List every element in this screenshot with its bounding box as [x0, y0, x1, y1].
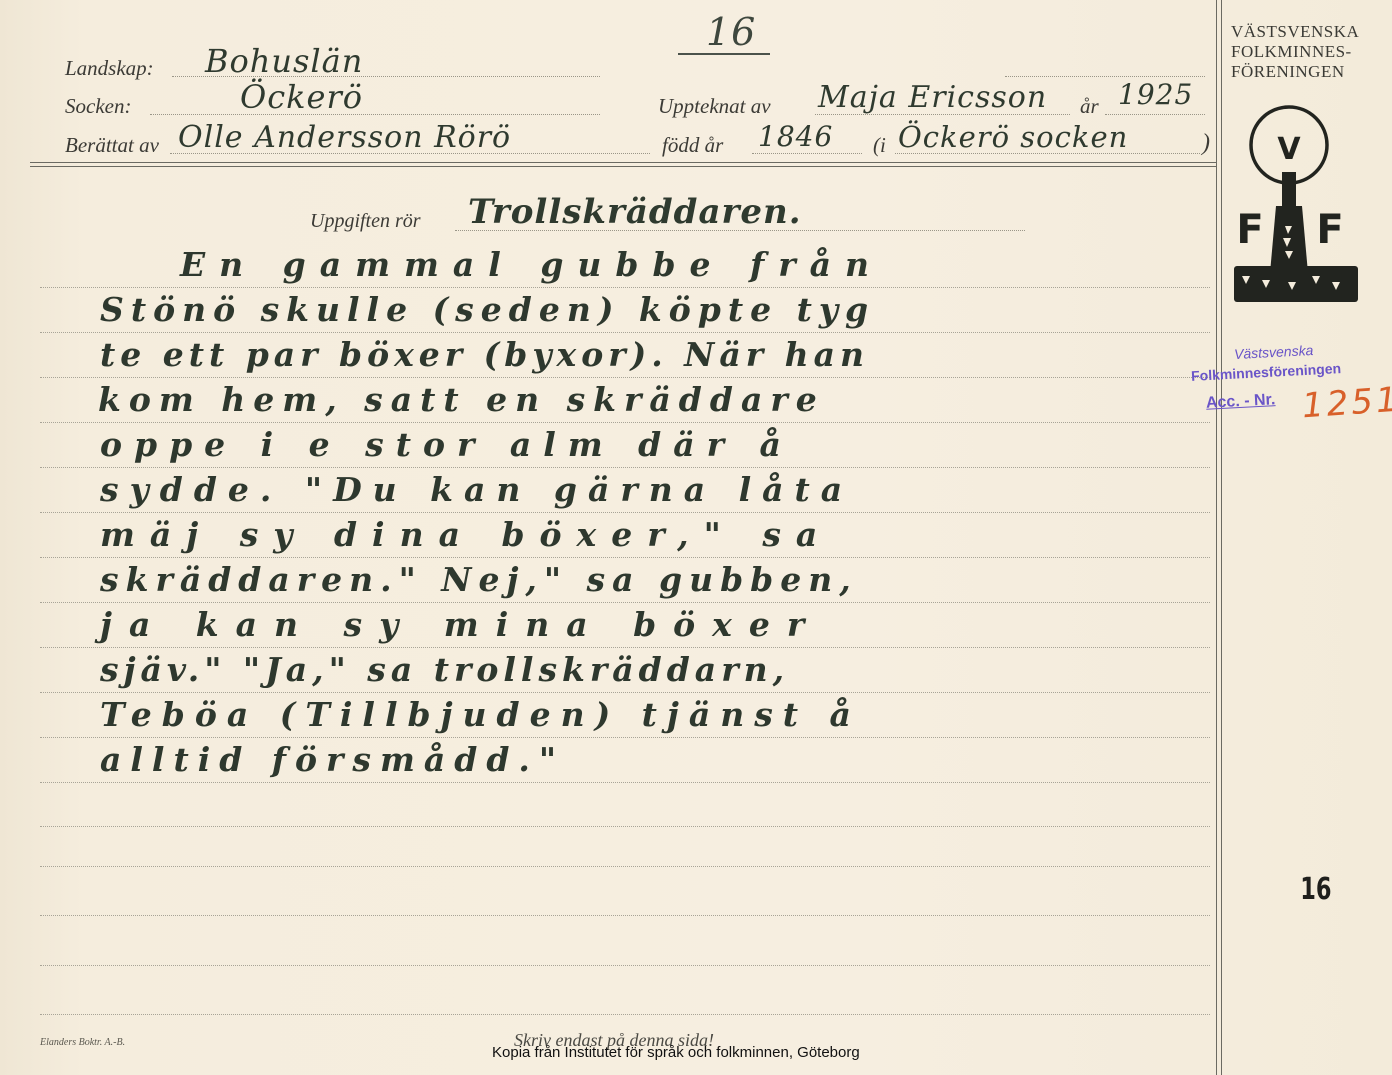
ar-value: 1925	[1118, 78, 1193, 111]
birthplace-label: (i	[873, 133, 886, 158]
ruled-line	[40, 467, 1210, 468]
ar-dotted-line	[1105, 114, 1205, 115]
body-line-5: oppe i e stor alm där å	[100, 425, 793, 464]
org-name-line-1: VÄSTSVENSKA	[1231, 22, 1359, 42]
body-line-7: mäj sy dina böxer," sa	[100, 515, 832, 554]
header-rule-top	[30, 162, 1216, 163]
svg-text:V: V	[1277, 132, 1301, 167]
ruled-line	[40, 826, 1210, 827]
printer-imprint: Elanders Boktr. A.-B.	[40, 1037, 125, 1048]
org-name-line-2: FOLKMINNES-	[1231, 42, 1359, 62]
body-line-11: Teböa (Tillbjuden) tjänst å	[100, 695, 861, 734]
vff-hammer-logo-icon: V F F	[1230, 98, 1360, 308]
copy-notice: Kopia från Institutet för språk och folk…	[492, 1044, 860, 1061]
archive-form-page: 16 Landskap: Bohuslän Socken: Öckerö Upp…	[0, 0, 1392, 1075]
subject-label: Uppgiften rör	[310, 210, 421, 233]
accession-number: 1251	[1301, 380, 1392, 427]
ruled-line	[40, 602, 1210, 603]
ruled-line	[40, 866, 1210, 867]
socken-label: Socken:	[65, 94, 131, 119]
ruled-line	[40, 1014, 1210, 1015]
ruled-line	[40, 915, 1210, 916]
body-line-9: ja kan sy mina böxer	[100, 605, 821, 644]
ruled-line	[40, 422, 1210, 423]
stamp-line-1: Västsvenska	[1234, 342, 1314, 362]
berattat-value: Olle Andersson Rörö	[178, 120, 511, 155]
svg-text:F: F	[1316, 207, 1343, 253]
fodd-label: född år	[662, 133, 723, 158]
body-line-1: En gammal gubbe från	[180, 245, 883, 284]
body-line-10: sjäv." "Ja," sa trollskräddarn,	[100, 650, 789, 689]
fodd-value: 1846	[758, 120, 833, 153]
landskap-label: Landskap:	[65, 56, 154, 81]
ruled-line	[40, 737, 1210, 738]
sidebar-divider-right	[1221, 0, 1222, 1075]
header-rule-bottom	[30, 166, 1216, 167]
body-line-4: kom hem, satt en skräddare	[98, 380, 825, 419]
printed-page-number: 16	[1300, 872, 1331, 907]
subject-value: Trollskräddaren.	[468, 192, 802, 232]
socken-value: Öckerö	[240, 78, 363, 116]
body-line-2: Stönö skulle (seden) köpte tyg	[100, 290, 875, 329]
fodd-dotted-line	[752, 153, 862, 154]
handwritten-page-number: 16	[706, 10, 756, 54]
body-line-8: skräddaren." Nej," sa gubben,	[100, 560, 858, 599]
landskap-value: Bohuslän	[205, 42, 363, 80]
berattat-label: Berättat av	[65, 133, 159, 158]
ruled-line	[40, 692, 1210, 693]
ruled-line	[40, 965, 1210, 966]
stamp-line-2: Folkminnesföreningen	[1191, 360, 1342, 384]
org-name-line-3: FÖRENINGEN	[1231, 62, 1359, 82]
ruled-line	[40, 557, 1210, 558]
body-line-12: alltid försmådd."	[100, 740, 565, 779]
stamp-acc-label: Acc. - Nr.	[1206, 391, 1276, 413]
ruled-line	[40, 647, 1210, 648]
birthplace-close-paren: )	[1202, 130, 1210, 157]
upptecknat-label: Uppteknat av	[658, 94, 771, 119]
ruled-line	[40, 332, 1210, 333]
ruled-line	[40, 287, 1210, 288]
upptecknat-value: Maja Ericsson	[818, 80, 1047, 115]
page-number-underline	[678, 53, 770, 55]
organization-name: VÄSTSVENSKA FOLKMINNES- FÖRENINGEN	[1231, 22, 1359, 82]
ar-label: år	[1080, 94, 1099, 119]
top-right-dotted-line	[1005, 76, 1205, 77]
birthplace-value: Öckerö socken	[898, 120, 1128, 154]
body-line-6: sydde. "Du kan gärna låta	[100, 470, 853, 509]
ruled-line	[40, 782, 1210, 783]
ruled-line	[40, 512, 1210, 513]
svg-text:F: F	[1236, 207, 1263, 253]
socken-dotted-line	[150, 114, 600, 115]
ruled-line	[40, 377, 1210, 378]
sidebar-divider-left	[1216, 0, 1217, 1075]
body-line-3: te ett par böxer (byxor). När han	[100, 335, 869, 374]
